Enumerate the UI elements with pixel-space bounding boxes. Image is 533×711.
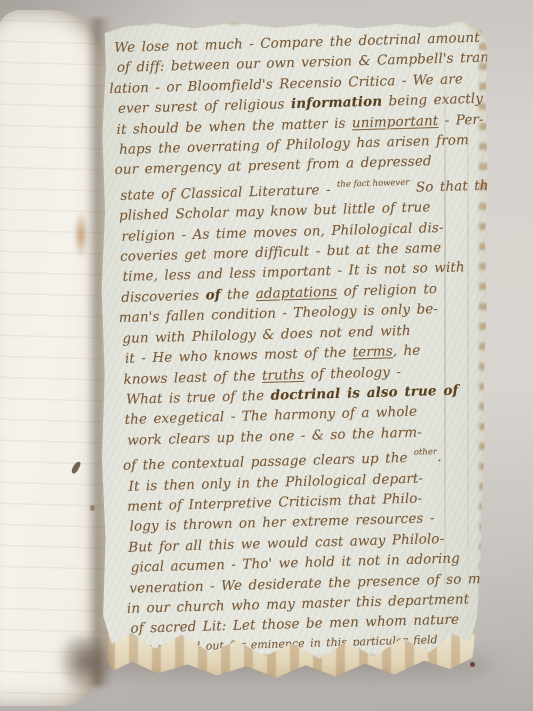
- handwriting-segment: So that the accom-: [409, 176, 533, 196]
- handwriting-segment: .: [437, 449, 442, 465]
- handwriting-segment: other: [414, 447, 437, 458]
- handwriting-segment: What is true of the: [126, 388, 271, 408]
- handwriting-segment: adaptations: [256, 284, 338, 302]
- handwriting-segment: of theology -: [304, 364, 401, 383]
- handwriting-segment: of: [205, 287, 220, 303]
- gutter-bottom-shadow: [50, 636, 114, 708]
- ink-dot: [90, 505, 95, 511]
- handwriting-segment: terms: [352, 343, 393, 360]
- handwriting-segment: the fact however: [337, 178, 410, 190]
- handwriting-segment: the: [220, 286, 256, 303]
- handwriting-segment: information: [291, 94, 383, 113]
- foxed-top-edge: [108, 18, 480, 25]
- handwriting-segment: unimportant: [352, 113, 439, 131]
- ink-stain-gutter: [72, 206, 90, 270]
- handwriting-segment: doctrinal is also true of: [270, 382, 458, 403]
- handwriting-segment: , he: [393, 343, 421, 360]
- handwriting-segment: being exactly what: [382, 90, 524, 110]
- ink-dot: [470, 662, 475, 667]
- handwriting-segment: truths: [262, 366, 305, 383]
- handwriting-segment: - Per-: [438, 111, 484, 128]
- handwriting-segment: discoveries: [121, 287, 206, 305]
- handwriting-segment: ever surest of religious: [118, 96, 291, 117]
- handwriting-segment: knows least of the: [123, 368, 262, 388]
- handwriting-lines: We lose not much - Compare the doctrinal…: [114, 28, 497, 658]
- handwriting-segment: of religion to: [337, 281, 437, 300]
- manuscript-photo: We lose not much - Compare the doctrinal…: [0, 0, 533, 711]
- manuscript-page: We lose not much - Compare the doctrinal…: [100, 16, 492, 668]
